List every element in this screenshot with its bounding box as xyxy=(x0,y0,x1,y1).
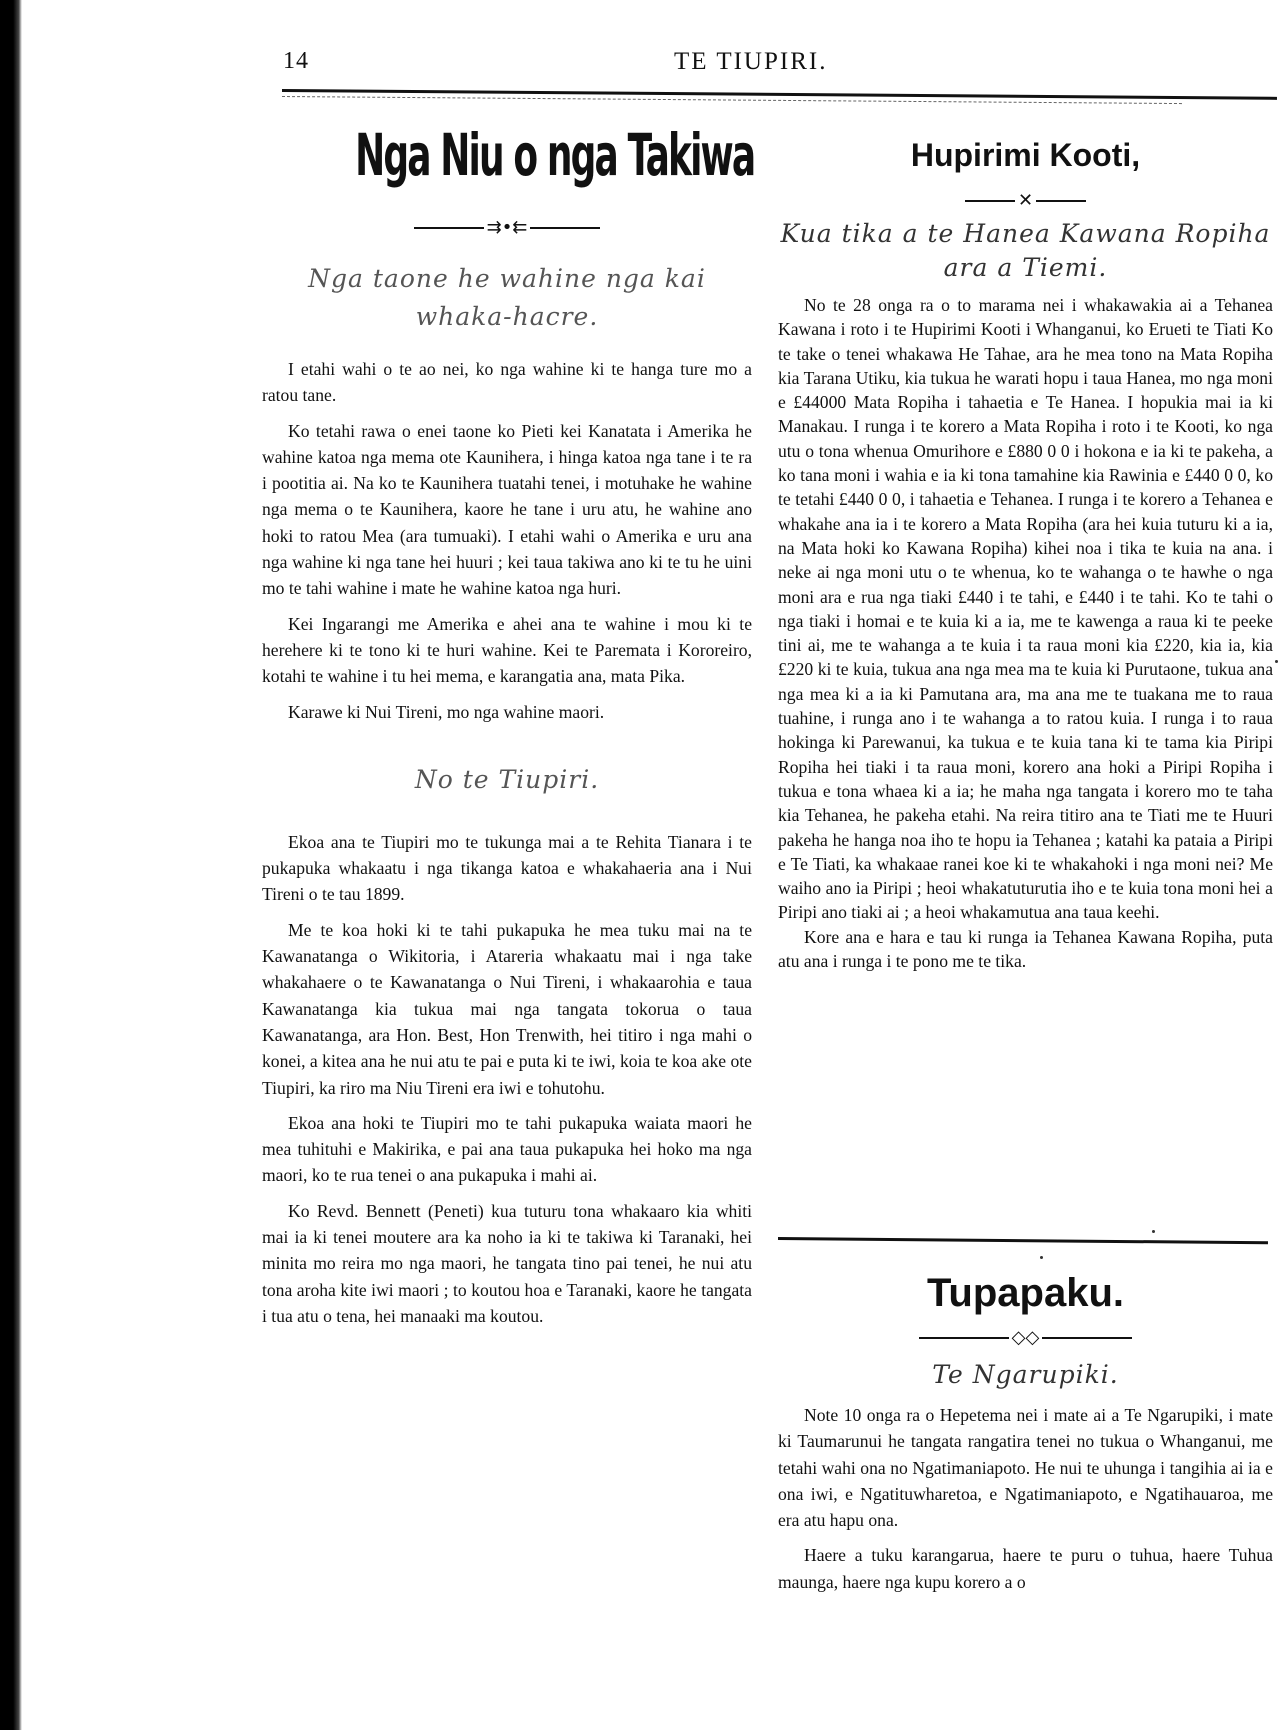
fleuron-icon: ⇉•⇇ xyxy=(484,217,531,238)
divider-line xyxy=(1036,200,1086,202)
crossed-fleuron-icon: ✕ xyxy=(1015,190,1036,211)
paragraph: Haere a tuku karangarua, haere te puru o… xyxy=(778,1542,1273,1595)
ornament-divider: ✕ xyxy=(926,190,1126,211)
section-masthead-tupapaku: Tupapaku. xyxy=(778,1265,1273,1321)
paragraph: Ekoa ana hoki te Tiupiri mo te tahi puka… xyxy=(262,1110,752,1189)
left-column: Nga Niu o nga Takiwa ⇉•⇇ Nga taone he wa… xyxy=(262,115,752,1338)
paragraph: Me te koa hoki ki te tahi pukapuka he me… xyxy=(262,917,752,1101)
diamond-fleuron-icon: ◇◇ xyxy=(1009,1327,1043,1348)
ornament-divider: ◇◇ xyxy=(906,1327,1146,1348)
divider-line xyxy=(414,227,484,229)
article-body: I etahi wahi o te ao nei, ko nga wahine … xyxy=(262,356,752,725)
paragraph: Ekoa ana te Tiupiri mo te tukunga mai a … xyxy=(262,829,752,908)
section-masthead-hupirimi-kooti: Hupirimi Kooti, xyxy=(778,130,1273,180)
article-body: No te 28 onga ra o to marama nei i whaka… xyxy=(778,293,1273,973)
paragraph: Note 10 onga ra o Hepetema nei i mate ai… xyxy=(778,1402,1273,1533)
scan-speck xyxy=(1040,1256,1043,1259)
paragraph: I etahi wahi o te ao nei, ko nga wahine … xyxy=(262,356,752,409)
divider-line xyxy=(1042,1337,1132,1339)
right-column-lower: Tupapaku. ◇◇ Te Ngarupiki. Note 10 onga … xyxy=(778,1265,1273,1604)
article-body: Ekoa ana te Tiupiri mo te tukunga mai a … xyxy=(262,829,752,1329)
paragraph: Kore ana e hara e tau ki runga ia Tehane… xyxy=(778,925,1273,974)
section-masthead-nga-niu: Nga Niu o nga Takiwa xyxy=(355,115,659,195)
scan-speck xyxy=(1152,1230,1155,1233)
divider-line xyxy=(965,200,1015,202)
article-subhead: No te Tiupiri. xyxy=(262,761,752,799)
running-title: TE TIUPIRI. xyxy=(674,48,827,76)
article-body: Note 10 onga ra o Hepetema nei i mate ai… xyxy=(778,1402,1273,1595)
ornament-divider: ⇉•⇇ xyxy=(407,217,607,238)
paragraph: Karawe ki Nui Tireni, mo nga wahine maor… xyxy=(262,699,752,725)
article-subhead: Kua tika a te Hanea Kawana Ropiha ara a … xyxy=(778,217,1273,285)
paragraph: Ko tetahi rawa o enei taone ko Pieti kei… xyxy=(262,418,752,602)
right-column: Hupirimi Kooti, ✕ Kua tika a te Hanea Ka… xyxy=(778,130,1273,973)
page-number: 14 xyxy=(283,48,309,75)
paragraph: Kei Ingarangi me Amerika e ahei ana te w… xyxy=(262,611,752,690)
article-subhead: Nga taone he wahine nga kai whaka-hacre. xyxy=(262,260,752,336)
section-rule xyxy=(778,1237,1268,1244)
scan-speck xyxy=(1275,660,1278,663)
paragraph: Ko Revd. Bennett (Peneti) kua tuturu ton… xyxy=(262,1198,752,1329)
divider-line xyxy=(530,227,600,229)
paragraph: No te 28 onga ra o to marama nei i whaka… xyxy=(778,293,1273,925)
scan-edge-shadow xyxy=(0,0,22,1730)
article-subhead: Te Ngarupiki. xyxy=(778,1358,1273,1392)
divider-line xyxy=(919,1337,1009,1339)
